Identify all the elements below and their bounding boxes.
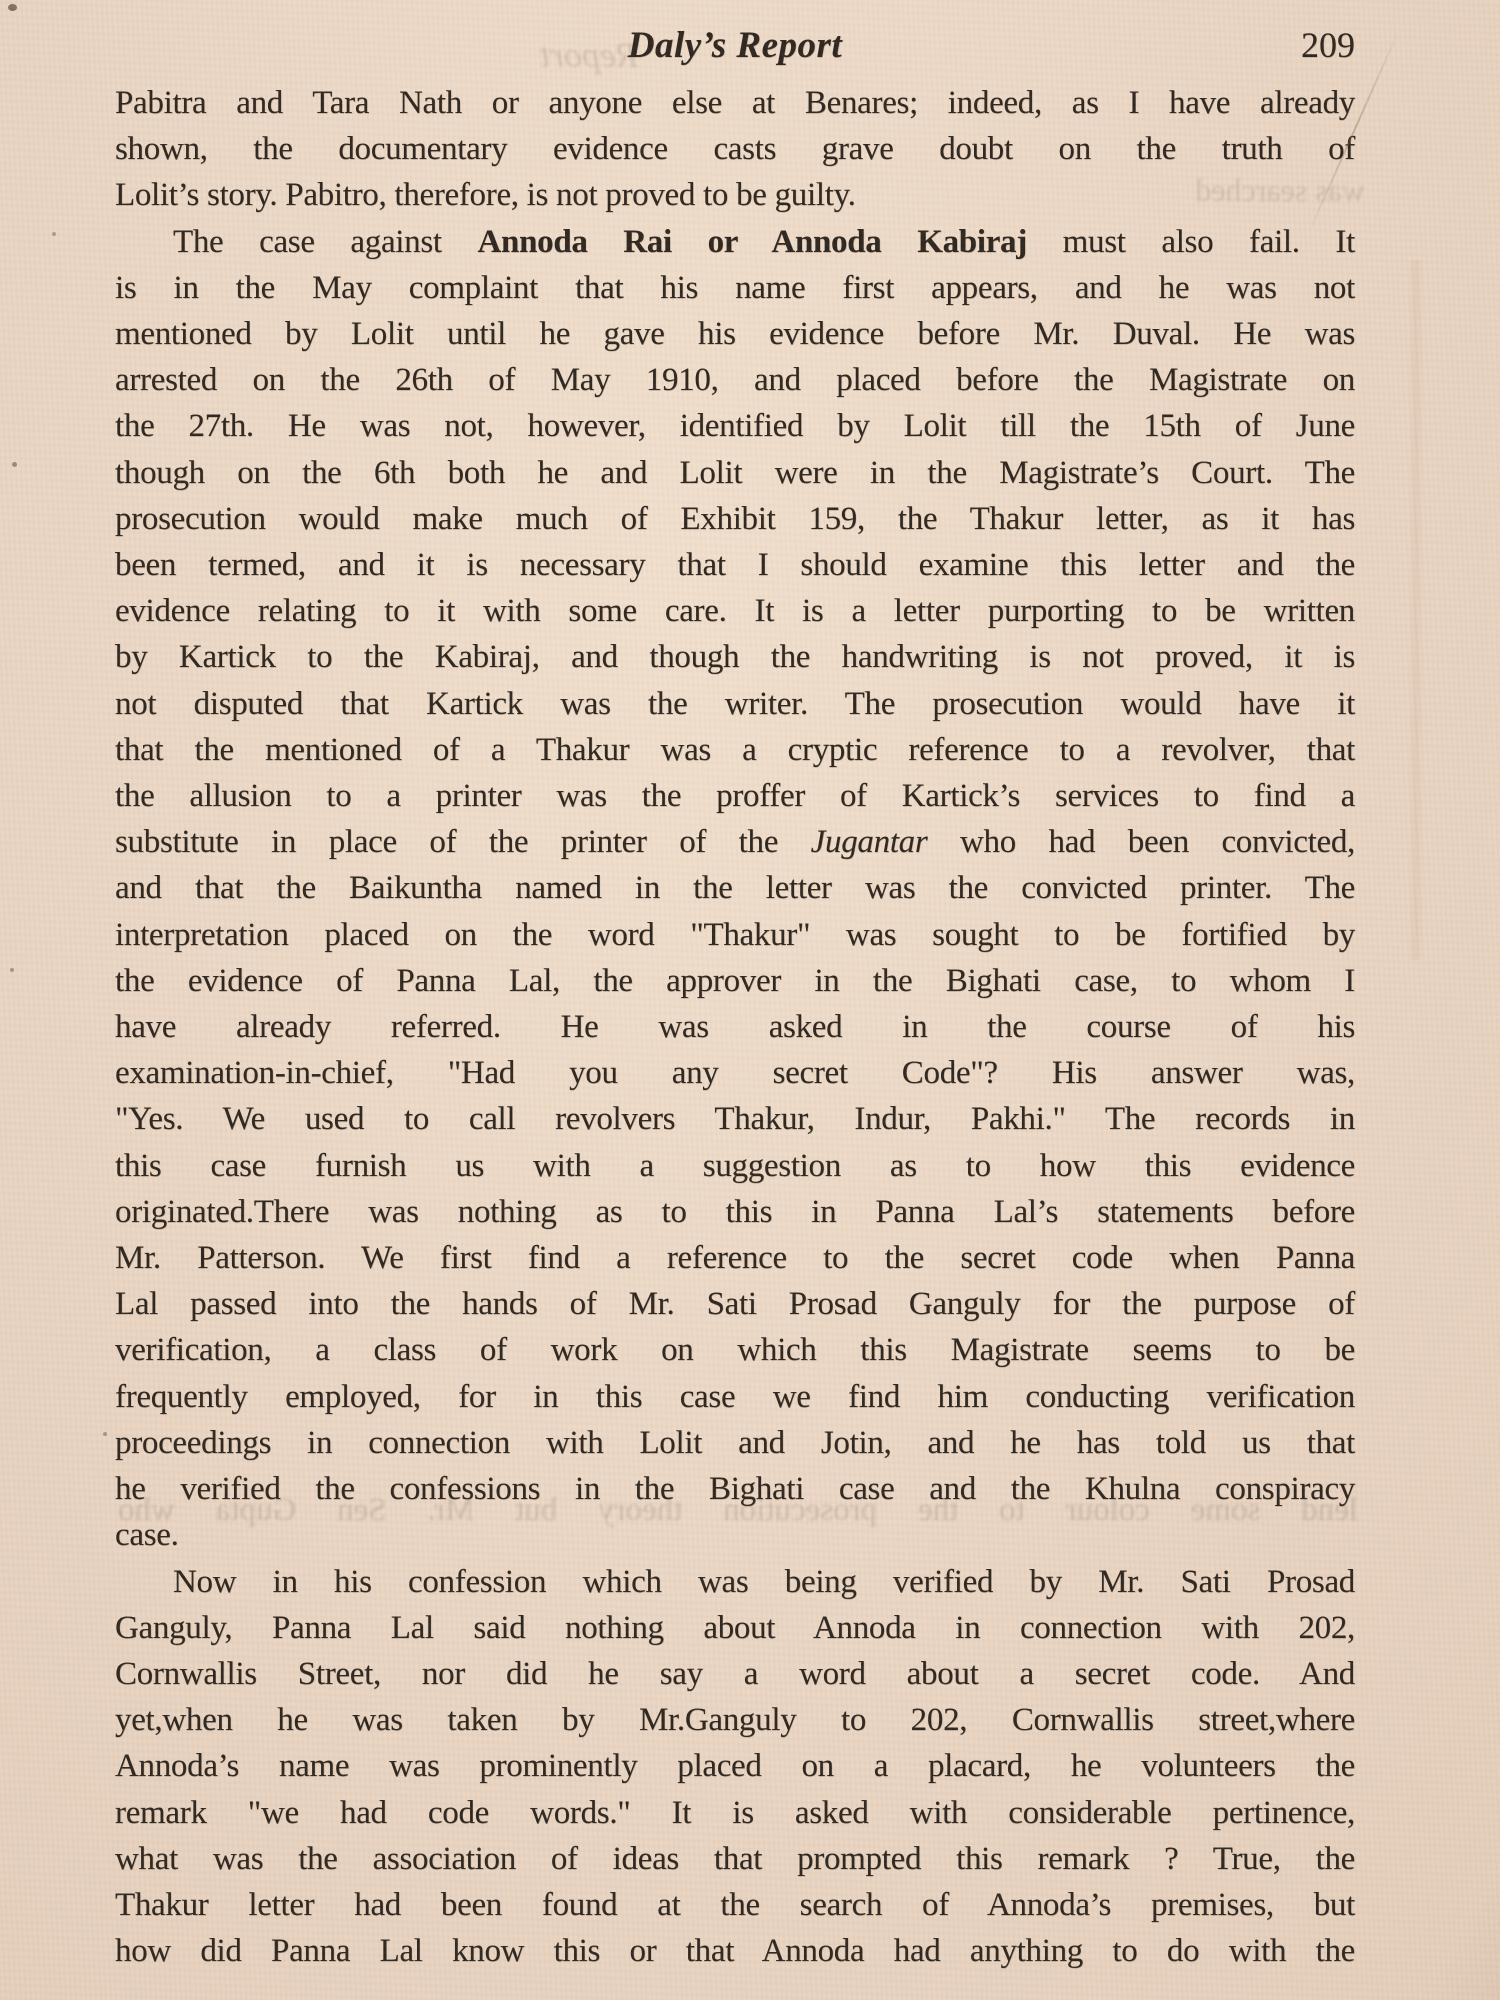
body-text: yet,when he was taken by Mr.Ganguly to 2… (115, 1702, 1355, 1738)
text-line: Now in his confession which was being ve… (115, 1559, 1355, 1605)
text-line: Lolit’s story. Pabitro, therefore, is no… (115, 172, 1355, 218)
text-line: the evidence of Panna Lal, the approver … (115, 958, 1355, 1004)
body-text: he verified the confessions in the Bigha… (115, 1471, 1355, 1507)
body-text: shown, the documentary evidence casts gr… (115, 131, 1355, 167)
body-text: remark "we had code words." It is asked … (115, 1795, 1355, 1831)
text-line: shown, the documentary evidence casts gr… (115, 126, 1355, 172)
body-text: though on the 6th both he and Lolit were… (115, 455, 1355, 491)
ink-speck (10, 968, 14, 972)
body-text: and that the Baikuntha named in the lett… (115, 870, 1355, 906)
text-line: he verified the confessions in the Bigha… (115, 1466, 1355, 1512)
text-line: evidence relating to it with some care. … (115, 588, 1355, 634)
paragraph: Pabitra and Tara Nath or anyone else at … (115, 80, 1355, 219)
body-text: arrested on the 26th of May 1910, and pl… (115, 362, 1355, 398)
text-line: proceedings in connection with Lolit and… (115, 1420, 1355, 1466)
body-text: the evidence of Panna Lal, the approver … (115, 963, 1355, 999)
body-text: The case against (173, 224, 477, 260)
paper-streak (1408, 260, 1424, 960)
body-text: Pabitra and Tara Nath or anyone else at … (115, 85, 1355, 121)
bold-text: Annoda Rai or Annoda Kabiraj (477, 224, 1026, 260)
page-body: Pabitra and Tara Nath or anyone else at … (115, 80, 1355, 1974)
paragraph: Now in his confession which was being ve… (115, 1559, 1355, 1975)
body-text: evidence relating to it with some care. … (115, 593, 1355, 629)
body-text: verification, a class of work on which t… (115, 1332, 1355, 1368)
body-text: what was the association of ideas that p… (115, 1841, 1355, 1877)
ink-speck (52, 232, 56, 236)
text-line: the 27th. He was not, however, identifie… (115, 403, 1355, 449)
text-line: the allusion to a printer was the proffe… (115, 773, 1355, 819)
body-text: prosecution would make much of Exhibit 1… (115, 501, 1355, 537)
body-text: who had been convicted, (927, 824, 1355, 860)
paragraph: The case against Annoda Rai or Annoda Ka… (115, 219, 1355, 1559)
text-line: have already referred. He was asked in t… (115, 1004, 1355, 1050)
text-line: verification, a class of work on which t… (115, 1327, 1355, 1373)
page-header: Daly’s Report 209 (115, 24, 1355, 72)
body-text: been termed, and it is necessary that I … (115, 547, 1355, 583)
body-text: is in the May complaint that his name fi… (115, 270, 1355, 306)
text-line: prosecution would make much of Exhibit 1… (115, 496, 1355, 542)
body-text: "Yes. We used to call revolvers Thakur, … (115, 1101, 1355, 1137)
text-line: substitute in place of the printer of th… (115, 819, 1355, 865)
ink-speck (103, 1432, 107, 1436)
body-text: substitute in place of the printer of th… (115, 824, 811, 860)
text-line: Mr. Patterson. We first find a reference… (115, 1235, 1355, 1281)
text-line: "Yes. We used to call revolvers Thakur, … (115, 1096, 1355, 1142)
text-line: Pabitra and Tara Nath or anyone else at … (115, 80, 1355, 126)
body-text: proceedings in connection with Lolit and… (115, 1425, 1355, 1461)
text-line: is in the May complaint that his name fi… (115, 265, 1355, 311)
body-text: interpretation placed on the word "Thaku… (115, 917, 1355, 953)
text-line: interpretation placed on the word "Thaku… (115, 912, 1355, 958)
body-text: examination-in-chief, "Had you any secre… (115, 1055, 1355, 1091)
italic-text: Jugantar (811, 824, 928, 860)
text-line: and that the Baikuntha named in the lett… (115, 865, 1355, 911)
text-line: what was the association of ideas that p… (115, 1836, 1355, 1882)
text-line: not disputed that Kartick was the writer… (115, 681, 1355, 727)
body-text: Now in his confession which was being ve… (173, 1564, 1355, 1600)
text-line: examination-in-chief, "Had you any secre… (115, 1050, 1355, 1096)
body-text: mentioned by Lolit until he gave his evi… (115, 316, 1355, 352)
body-text: the allusion to a printer was the proffe… (115, 778, 1355, 814)
book-page: Report was searched lend some colour to … (0, 0, 1500, 2000)
body-text: Cornwallis Street, nor did he say a word… (115, 1656, 1355, 1692)
body-text: the 27th. He was not, however, identifie… (115, 408, 1355, 444)
body-text: must also fail. It (1027, 224, 1355, 260)
body-text: Lal passed into the hands of Mr. Sati Pr… (115, 1286, 1355, 1322)
text-line: by Kartick to the Kabiraj, and though th… (115, 634, 1355, 680)
text-line: Thakur letter had been found at the sear… (115, 1882, 1355, 1928)
text-line: remark "we had code words." It is asked … (115, 1790, 1355, 1836)
body-text: how did Panna Lal know this or that Anno… (115, 1933, 1355, 1969)
body-text: not disputed that Kartick was the writer… (115, 686, 1355, 722)
text-line: how did Panna Lal know this or that Anno… (115, 1928, 1355, 1974)
text-line: though on the 6th both he and Lolit were… (115, 450, 1355, 496)
body-text: case. (115, 1517, 179, 1553)
body-text: Annoda’s name was prominently placed on … (115, 1748, 1355, 1784)
body-text: have already referred. He was asked in t… (115, 1009, 1355, 1045)
text-line: Cornwallis Street, nor did he say a word… (115, 1651, 1355, 1697)
text-line: that the mentioned of a Thakur was a cry… (115, 727, 1355, 773)
text-line: mentioned by Lolit until he gave his evi… (115, 311, 1355, 357)
text-line: been termed, and it is necessary that I … (115, 542, 1355, 588)
body-text: Lolit’s story. Pabitro, therefore, is no… (115, 177, 856, 213)
ink-speck (8, 4, 17, 11)
text-line: yet,when he was taken by Mr.Ganguly to 2… (115, 1697, 1355, 1743)
text-line: this case furnish us with a suggestion a… (115, 1143, 1355, 1189)
body-text: frequently employed, for in this case we… (115, 1379, 1355, 1415)
running-title: Daly’s Report (115, 24, 1355, 67)
body-text: Ganguly, Panna Lal said nothing about An… (115, 1610, 1355, 1646)
body-text: by Kartick to the Kabiraj, and though th… (115, 639, 1355, 675)
body-text: Thakur letter had been found at the sear… (115, 1887, 1355, 1923)
text-line: Lal passed into the hands of Mr. Sati Pr… (115, 1281, 1355, 1327)
body-text: Mr. Patterson. We first find a reference… (115, 1240, 1355, 1276)
text-line: The case against Annoda Rai or Annoda Ka… (115, 219, 1355, 265)
body-text: this case furnish us with a suggestion a… (115, 1148, 1355, 1184)
text-line: Ganguly, Panna Lal said nothing about An… (115, 1605, 1355, 1651)
text-line: case. (115, 1512, 1355, 1558)
text-line: Annoda’s name was prominently placed on … (115, 1743, 1355, 1789)
body-text: that the mentioned of a Thakur was a cry… (115, 732, 1355, 768)
text-line: frequently employed, for in this case we… (115, 1374, 1355, 1420)
text-line: originated.There was nothing as to this … (115, 1189, 1355, 1235)
body-text: originated.There was nothing as to this … (115, 1194, 1355, 1230)
page-number: 209 (1301, 24, 1355, 66)
text-line: arrested on the 26th of May 1910, and pl… (115, 357, 1355, 403)
ink-speck (12, 462, 17, 467)
